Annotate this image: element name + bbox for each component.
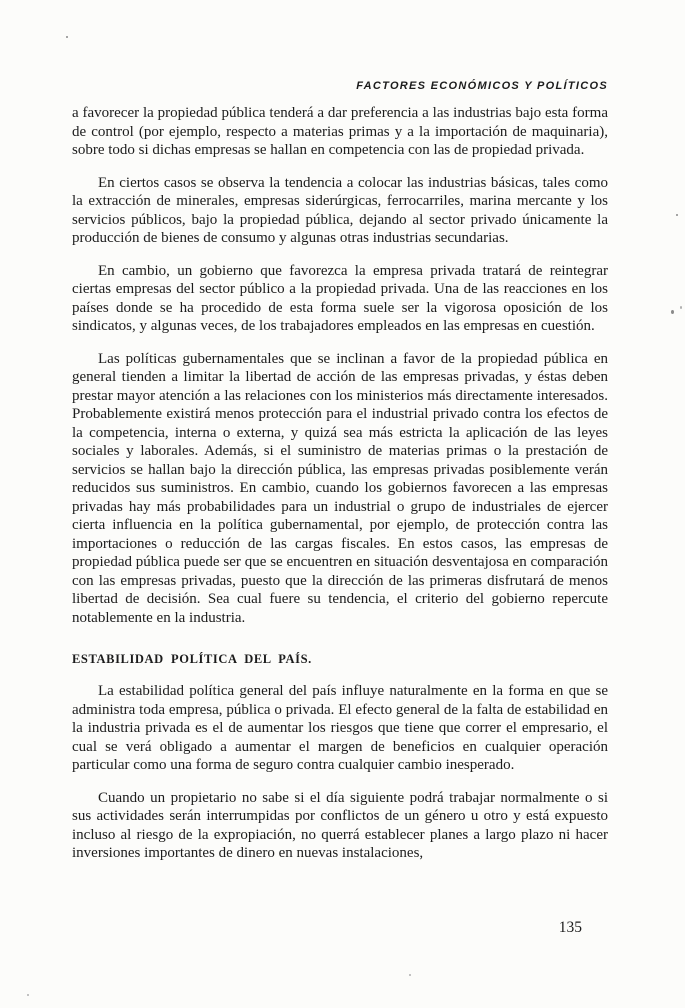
scan-speck — [676, 214, 678, 216]
paragraph: Las políticas gubernamentales que se inc… — [72, 350, 608, 628]
paragraph: En cambio, un gobierno que favorezca la … — [72, 262, 608, 336]
paragraph: En ciertos casos se observa la tendencia… — [72, 174, 608, 248]
scan-speck — [66, 36, 68, 38]
paragraph: a favorecer la propiedad pública tenderá… — [72, 104, 608, 160]
section-political-stability: La estabilidad política general del país… — [72, 682, 608, 863]
page-content: FACTORES ECONÓMICOS Y POLÍTICOS a favore… — [72, 80, 608, 877]
scan-speck — [409, 974, 411, 976]
section-economic-factors: a favorecer la propiedad pública tenderá… — [72, 104, 608, 627]
paragraph: La estabilidad política general del país… — [72, 682, 608, 775]
running-header: FACTORES ECONÓMICOS Y POLÍTICOS — [72, 80, 608, 92]
book-page: FACTORES ECONÓMICOS Y POLÍTICOS a favore… — [0, 0, 685, 1008]
page-number: 135 — [559, 919, 582, 937]
paragraph: Cuando un propietario no sabe si el día … — [72, 789, 608, 863]
scan-speck — [680, 306, 682, 309]
scan-speck — [671, 310, 674, 314]
section-heading-political-stability: ESTABILIDAD POLÍTICA DEL PAÍS. — [72, 652, 608, 667]
scan-speck — [27, 994, 29, 996]
